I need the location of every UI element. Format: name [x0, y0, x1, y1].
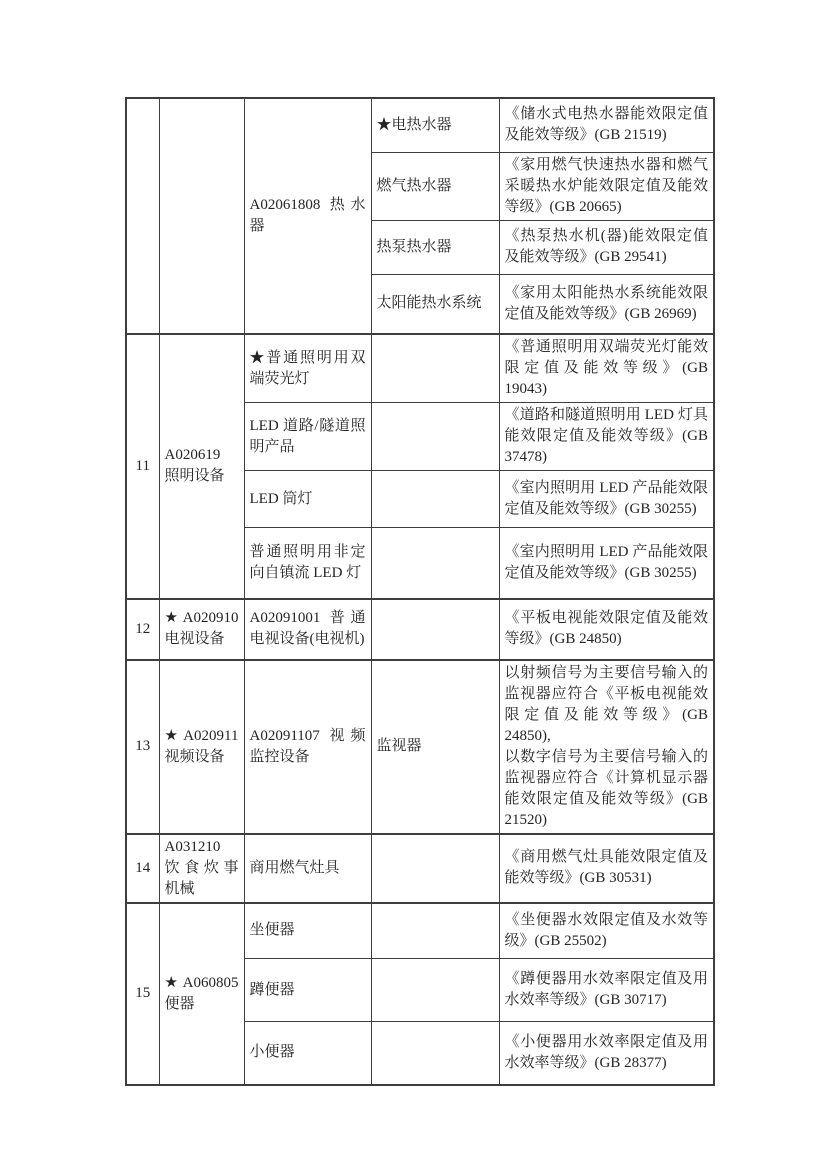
cell-product: 燃气热水器: [371, 152, 499, 220]
cell-standard: 《家用燃气快速热水器和燃气采暖热水炉能效限定值及能效等级》(GB 20665): [499, 152, 714, 220]
cell-subcategory: 小便器: [244, 1022, 371, 1085]
cell-row-no: [126, 98, 159, 334]
standards-table: A02061808 热水器 ★电热水器 《储水式电热水器能效限定值及能效等级》(…: [125, 97, 715, 1086]
cell-subcategory: A02091001 普通电视设备(电视机): [244, 599, 371, 660]
cell-category: ★A060805 便器: [159, 903, 244, 1085]
cell-category: ★A020911 视频设备: [159, 660, 244, 834]
standard-paragraph: 以射频信号为主要信号输入的监视器应符合《平板电视能效限定值及能效等级》(GB 2…: [505, 663, 709, 747]
cell-product: [371, 334, 499, 403]
table-row: 13 ★A020911 视频设备 A02091107 视频监控设备 监视器 以射…: [126, 660, 714, 834]
cell-product: [371, 599, 499, 660]
cell-standard: 《道路和隧道照明用 LED 灯具能效限定值及能效等级》(GB 37478): [499, 403, 714, 471]
cell-row-no: 13: [126, 660, 159, 834]
cell-subcategory: LED 筒灯: [244, 471, 371, 528]
cell-standard: 《储水式电热水器能效限定值及能效等级》(GB 21519): [499, 98, 714, 152]
cell-subcategory: 蹲便器: [244, 959, 371, 1022]
cell-standard: 以射频信号为主要信号输入的监视器应符合《平板电视能效限定值及能效等级》(GB 2…: [499, 660, 714, 834]
cell-subcategory: 普通照明用非定向自镇流 LED 灯: [244, 528, 371, 599]
cell-product: 太阳能热水系统: [371, 274, 499, 334]
cell-subcategory: ★普通照明用双端荧光灯: [244, 334, 371, 403]
cell-product: [371, 528, 499, 599]
cell-product: [371, 403, 499, 471]
table-row: 12 ★A020910 电视设备 A02091001 普通电视设备(电视机) 《…: [126, 599, 714, 660]
cell-standard: 《平板电视能效限定值及能效等级》(GB 24850): [499, 599, 714, 660]
table-row: 15 ★A060805 便器 坐便器 《坐便器水效限定值及水效等级》(GB 25…: [126, 903, 714, 959]
cell-standard: 《室内照明用 LED 产品能效限定值及能效等级》(GB 30255): [499, 471, 714, 528]
cell-standard: 《商用燃气灶具能效限定值及能效等级》(GB 30531): [499, 834, 714, 903]
cell-standard: 《室内照明用 LED 产品能效限定值及能效等级》(GB 30255): [499, 528, 714, 599]
cell-subcategory: 坐便器: [244, 903, 371, 959]
cell-product: [371, 471, 499, 528]
cell-standard: 《小便器用水效率限定值及用水效率等级》(GB 28377): [499, 1022, 714, 1085]
table-row: 11 A020619 照明设备 ★普通照明用双端荧光灯 《普通照明用双端荧光灯能…: [126, 334, 714, 403]
cell-standard: 《普通照明用双端荧光灯能效限定值及能效等级》(GB 19043): [499, 334, 714, 403]
cell-category: A031210 饮食炊事机械: [159, 834, 244, 903]
cell-product: [371, 959, 499, 1022]
document-page: A02061808 热水器 ★电热水器 《储水式电热水器能效限定值及能效等级》(…: [0, 0, 827, 1169]
cell-row-no: 15: [126, 903, 159, 1085]
cell-category: A020619 照明设备: [159, 334, 244, 599]
cell-subcategory: LED 道路/隧道照明产品: [244, 403, 371, 471]
cell-subcategory: 商用燃气灶具: [244, 834, 371, 903]
cell-standard: 《家用太阳能热水系统能效限定值及能效等级》(GB 26969): [499, 274, 714, 334]
cell-product: [371, 903, 499, 959]
cell-product: [371, 1022, 499, 1085]
cell-row-no: 12: [126, 599, 159, 660]
cell-subcategory: A02091107 视频监控设备: [244, 660, 371, 834]
cell-product: [371, 834, 499, 903]
cell-standard: 《蹲便器用水效率限定值及用水效率等级》(GB 30717): [499, 959, 714, 1022]
cell-category: [159, 98, 244, 334]
cell-standard: 《坐便器水效限定值及水效等级》(GB 25502): [499, 903, 714, 959]
cell-product: 监视器: [371, 660, 499, 834]
cell-product: ★电热水器: [371, 98, 499, 152]
table-row: A02061808 热水器 ★电热水器 《储水式电热水器能效限定值及能效等级》(…: [126, 98, 714, 152]
table-row: 14 A031210 饮食炊事机械 商用燃气灶具 《商用燃气灶具能效限定值及能效…: [126, 834, 714, 903]
cell-row-no: 14: [126, 834, 159, 903]
cell-subcategory: A02061808 热水器: [244, 98, 371, 334]
cell-category: ★A020910 电视设备: [159, 599, 244, 660]
cell-row-no: 11: [126, 334, 159, 599]
cell-standard: 《热泵热水机(器)能效限定值及能效等级》(GB 29541): [499, 220, 714, 274]
standard-paragraph: 以数字信号为主要信号输入的监视器应符合《计算机显示器能效限定值及能效等级》(GB…: [505, 747, 709, 831]
cell-product: 热泵热水器: [371, 220, 499, 274]
